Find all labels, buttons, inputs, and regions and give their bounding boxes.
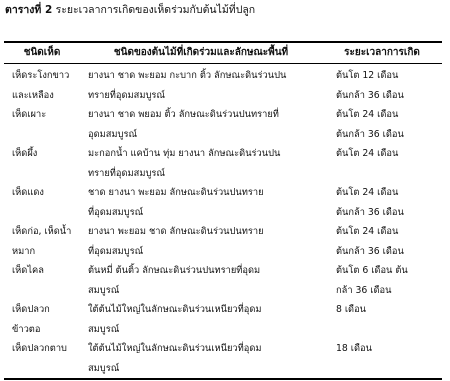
- cell-line: ต้นโต 24 เดือน: [336, 222, 442, 242]
- table-row: เห็ดระโงกขาวและเหลือง ยางนา ชาด พะยอม กะ…: [4, 66, 442, 105]
- cell-line: [12, 281, 84, 301]
- table-row: เห็ดไคล ต้นหมี่ ต้นติ้ว ลักษณะดินร่วนปนท…: [4, 261, 442, 300]
- cell-line: กล้า 36 เดือน: [336, 281, 442, 301]
- cell-line: สมบูรณ์: [88, 281, 330, 301]
- table-number: ตารางที่ 2: [5, 4, 52, 16]
- table-row: เห็ดก่อ, เห็ดน้ำหมาก ยางนา พะยอม ชาด ลัก…: [4, 222, 442, 261]
- cell-trees: ยางนา พะยอม ชาด ลักษณะดินร่วนปนทรายที่อุ…: [84, 222, 330, 261]
- cell-mushroom: เห็ดก่อ, เห็ดน้ำหมาก: [4, 222, 84, 261]
- cell-period: ต้นโต 6 เดือน ต้นกล้า 36 เดือน: [330, 261, 442, 300]
- cell-line: ชาด ยางนา พะยอม ลักษณะดินร่วนปนทราย: [88, 183, 330, 203]
- table-row: เห็ดผึ้ง มะกอกน้ำ แคบ้าน ทุ่ม ยางนา ลักษ…: [4, 144, 442, 183]
- cell-line: ที่อุดมสมบูรณ์: [88, 203, 330, 223]
- cell-mushroom: เห็ดแดง: [4, 183, 84, 222]
- table-row: เห็ดปลวกตาบ ใต้ต้นไม้ใหญ่ในลักษณะดินร่วน…: [4, 339, 442, 378]
- cell-mushroom: เห็ดเผาะ: [4, 105, 84, 144]
- cell-line: เห็ดปลวก: [12, 300, 84, 320]
- cell-line: ยางนา ชาด พะยอม กะบาก ติ้ว ลักษณะดินร่วน…: [88, 66, 330, 86]
- cell-trees: มะกอกน้ำ แคบ้าน ทุ่ม ยางนา ลักษณะดินร่วน…: [84, 144, 330, 183]
- cell-line: ยางนา ชาด พยอม ติ้ว ลักษณะดินร่วนปนทรายท…: [88, 105, 330, 125]
- bottom-rule: [4, 378, 442, 380]
- cell-line: [12, 359, 84, 379]
- cell-line: ต้นโต 12 เดือน: [336, 66, 442, 86]
- cell-line: ยางนา พะยอม ชาด ลักษณะดินร่วนปนทราย: [88, 222, 330, 242]
- cell-mushroom: เห็ดปลวกข้าวตอ: [4, 300, 84, 339]
- header-period: ระยะเวลาการเกิด: [322, 45, 442, 60]
- cell-line: ที่อุดมสมบูรณ์: [88, 242, 330, 262]
- cell-trees: ชาด ยางนา พะยอม ลักษณะดินร่วนปนทรายที่อุ…: [84, 183, 330, 222]
- cell-line: [12, 125, 84, 145]
- cell-period: ต้นโต 24 เดือนต้นกล้า 36 เดือน: [330, 222, 442, 261]
- cell-line: ต้นกล้า 36 เดือน: [336, 242, 442, 262]
- cell-period: 18 เดือน: [330, 339, 442, 378]
- cell-mushroom: เห็ดผึ้ง: [4, 144, 84, 183]
- cell-line: ต้นกล้า 36 เดือน: [336, 125, 442, 145]
- cell-line: [336, 164, 442, 184]
- cell-line: ต้นโต 24 เดือน: [336, 105, 442, 125]
- table-body: เห็ดระโงกขาวและเหลือง ยางนา ชาด พะยอม กะ…: [4, 64, 442, 378]
- table-caption: ตารางที่ 2 ระยะเวลาการเกิดของเห็ดร่วมกับ…: [5, 3, 255, 17]
- cell-trees: ยางนา ชาด พะยอม กะบาก ติ้ว ลักษณะดินร่วน…: [84, 66, 330, 105]
- cell-line: [336, 320, 442, 340]
- cell-line: ต้นกล้า 36 เดือน: [336, 203, 442, 223]
- cell-line: มะกอกน้ำ แคบ้าน ทุ่ม ยางนา ลักษณะดินร่วน…: [88, 144, 330, 164]
- cell-line: เห็ดเผาะ: [12, 105, 84, 125]
- table-row: เห็ดแดง ชาด ยางนา พะยอม ลักษณะดินร่วนปนท…: [4, 183, 442, 222]
- cell-trees: ยางนา ชาด พยอม ติ้ว ลักษณะดินร่วนปนทรายท…: [84, 105, 330, 144]
- cell-line: เห็ดไคล: [12, 261, 84, 281]
- cell-line: เห็ดก่อ, เห็ดน้ำ: [12, 222, 84, 242]
- cell-line: 8 เดือน: [336, 300, 442, 320]
- cell-line: ต้นหมี่ ต้นติ้ว ลักษณะดินร่วนปนทรายที่อุ…: [88, 261, 330, 281]
- table-row: เห็ดปลวกข้าวตอ ใต้ต้นไม้ใหญ่ในลักษณะดินร…: [4, 300, 442, 339]
- cell-line: อุดมสมบูรณ์: [88, 125, 330, 145]
- cell-line: เห็ดผึ้ง: [12, 144, 84, 164]
- header-trees-and-area: ชนิดของต้นไม้ที่เกิดร่วมและลักษณะพื้นที่: [80, 45, 322, 60]
- cell-trees: ใต้ต้นไม้ใหญ่ในลักษณะดินร่วนเหนียวที่อุด…: [84, 339, 330, 378]
- cell-line: 18 เดือน: [336, 339, 442, 359]
- cell-mushroom: เห็ดระโงกขาวและเหลือง: [4, 66, 84, 105]
- cell-period: ต้นโต 24 เดือนต้นกล้า 36 เดือน: [330, 105, 442, 144]
- cell-line: [336, 359, 442, 379]
- cell-line: ต้นกล้า 36 เดือน: [336, 86, 442, 106]
- cell-line: ต้นโต 24 เดือน: [336, 183, 442, 203]
- cell-line: ข้าวตอ: [12, 320, 84, 340]
- table-title: ระยะเวลาการเกิดของเห็ดร่วมกับต้นไม้ที่ปล…: [52, 4, 255, 16]
- cell-period: ต้นโต 24 เดือน: [330, 144, 442, 183]
- cell-period: ต้นโต 12 เดือนต้นกล้า 36 เดือน: [330, 66, 442, 105]
- cell-line: ทรายที่อุดมสมบูรณ์: [88, 86, 330, 106]
- cell-line: [12, 203, 84, 223]
- mushroom-table: ชนิดเห็ด ชนิดของต้นไม้ที่เกิดร่วมและลักษ…: [4, 41, 442, 380]
- cell-line: สมบูรณ์: [88, 320, 330, 340]
- cell-line: เห็ดแดง: [12, 183, 84, 203]
- cell-line: [12, 164, 84, 184]
- cell-line: ใต้ต้นไม้ใหญ่ในลักษณะดินร่วนเหนียวที่อุด…: [88, 339, 330, 359]
- cell-mushroom: เห็ดปลวกตาบ: [4, 339, 84, 378]
- cell-trees: ต้นหมี่ ต้นติ้ว ลักษณะดินร่วนปนทรายที่อุ…: [84, 261, 330, 300]
- cell-line: ทรายที่อุดมสมบูรณ์: [88, 164, 330, 184]
- cell-period: 8 เดือน: [330, 300, 442, 339]
- cell-trees: ใต้ต้นไม้ใหญ่ในลักษณะดินร่วนเหนียวที่อุด…: [84, 300, 330, 339]
- cell-mushroom: เห็ดไคล: [4, 261, 84, 300]
- cell-period: ต้นโต 24 เดือนต้นกล้า 36 เดือน: [330, 183, 442, 222]
- table-row: เห็ดเผาะ ยางนา ชาด พยอม ติ้ว ลักษณะดินร่…: [4, 105, 442, 144]
- cell-line: สมบูรณ์: [88, 359, 330, 379]
- cell-line: ใต้ต้นไม้ใหญ่ในลักษณะดินร่วนเหนียวที่อุด…: [88, 300, 330, 320]
- cell-line: เห็ดระโงกขาว: [12, 66, 84, 86]
- cell-line: หมาก: [12, 242, 84, 262]
- cell-line: ต้นโต 24 เดือน: [336, 144, 442, 164]
- cell-line: ต้นโต 6 เดือน ต้น: [336, 261, 442, 281]
- cell-line: และเหลือง: [12, 86, 84, 106]
- header-mushroom-type: ชนิดเห็ด: [4, 45, 80, 60]
- cell-line: เห็ดปลวกตาบ: [12, 339, 84, 359]
- table-header: ชนิดเห็ด ชนิดของต้นไม้ที่เกิดร่วมและลักษ…: [4, 43, 442, 63]
